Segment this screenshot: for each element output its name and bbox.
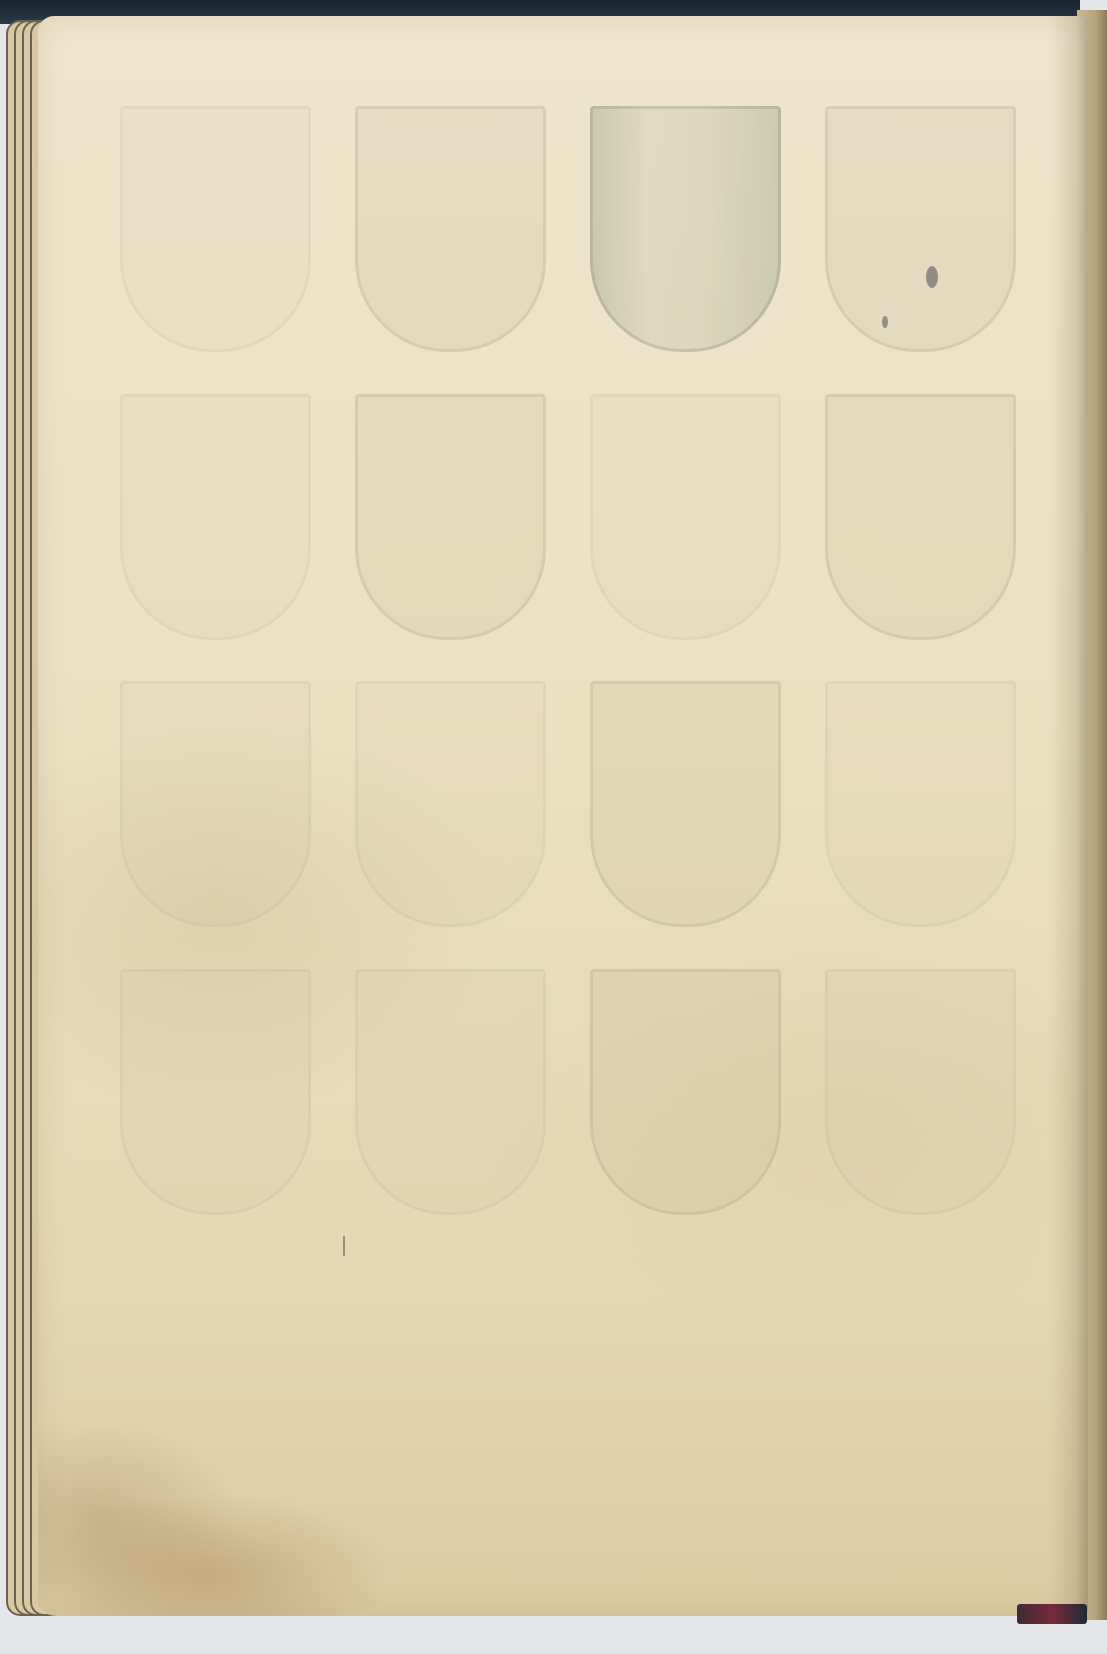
shield-show-through-icon: [120, 969, 311, 1215]
show-through-shield-grid: [118, 106, 1018, 1226]
shield-show-through-icon: [590, 394, 781, 640]
shield-show-through-icon: [825, 394, 1016, 640]
shield-show-through-icon: [355, 969, 546, 1215]
shield-show-through-icon: [120, 394, 311, 640]
shield-show-through-icon: [120, 681, 311, 927]
ink-spot: [926, 266, 938, 288]
shield-show-through-icon: [825, 969, 1016, 1215]
shield-show-through-icon: [355, 106, 546, 352]
book-headband: [1017, 1604, 1087, 1624]
shield-show-through-icon: [825, 106, 1016, 352]
shield-show-through-icon: [355, 394, 546, 640]
shield-show-through-icon: [590, 969, 781, 1215]
ink-spot: [343, 1236, 345, 1256]
shield-show-through-icon: [120, 106, 311, 352]
shield-show-through-icon: [355, 681, 546, 927]
shield-show-through-icon: [590, 106, 781, 352]
shield-show-through-icon: [590, 681, 781, 927]
shield-show-through-icon: [825, 681, 1016, 927]
book-photo: [0, 0, 1107, 1654]
blank-page: [38, 16, 1088, 1616]
gutter-shadow: [1048, 16, 1088, 1616]
ink-spot: [882, 316, 888, 328]
